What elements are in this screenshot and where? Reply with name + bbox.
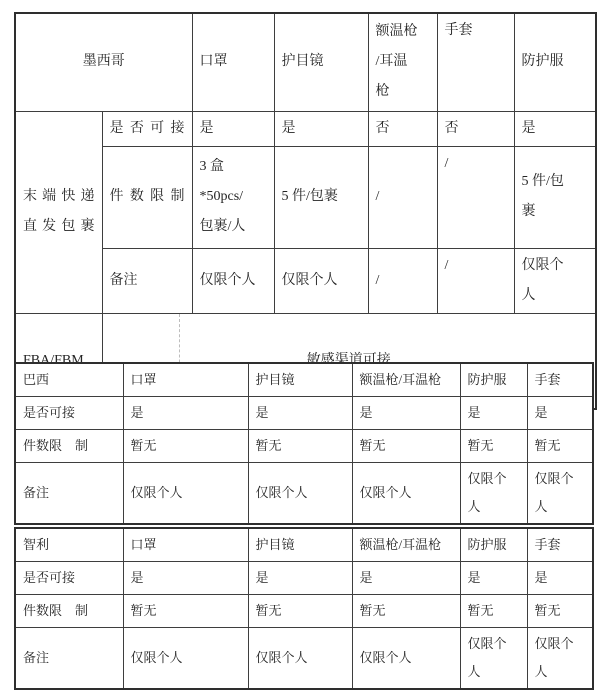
brazil-col-header-goggles: 护目镜 — [248, 363, 352, 397]
chile-limit-gloves: 暂无 — [527, 595, 593, 628]
mexico-col-header-gloves: 手套 — [437, 13, 514, 111]
mexico-group-label: 末端快递 直发包裹 — [15, 111, 102, 313]
chile-remark-goggles: 仅限个人 — [248, 628, 352, 690]
chile-limit-mask: 暂无 — [123, 595, 248, 628]
brazil-col-header-mask: 口罩 — [123, 363, 248, 397]
mexico-acceptance-suit: 是 — [514, 111, 596, 146]
brazil-limit-goggles: 暂无 — [248, 430, 352, 463]
chile-acceptance-goggles: 是 — [248, 562, 352, 595]
brazil-remark-goggles: 仅限个人 — [248, 463, 352, 525]
chile-limit-suit: 暂无 — [460, 595, 527, 628]
chile-acceptance-thermometer: 是 — [352, 562, 460, 595]
mexico-remark-suit: 仅限个 人 — [514, 248, 596, 313]
chile-acceptance-gloves: 是 — [527, 562, 593, 595]
brazil-remark-row: 备注 仅限个人 仅限个人 仅限个人 仅限个 人 仅限个 人 — [15, 463, 593, 525]
chile-limit-goggles: 暂无 — [248, 595, 352, 628]
chile-remark-gloves: 仅限个 人 — [527, 628, 593, 690]
chile-row-label-limit: 件数限 制 — [15, 595, 123, 628]
chile-remark-mask: 仅限个人 — [123, 628, 248, 690]
chile-limit-thermometer: 暂无 — [352, 595, 460, 628]
brazil-col-header-suit: 防护服 — [460, 363, 527, 397]
mexico-remark-thermometer: / — [368, 248, 437, 313]
chile-acceptance-row: 是否可接 是 是 是 是 是 — [15, 562, 593, 595]
chile-row-label-acceptance: 是否可接 — [15, 562, 123, 595]
brazil-header-row: 巴西 口罩 护目镜 额温枪/耳温枪 防护服 手套 — [15, 363, 593, 397]
mexico-remark-row: 备注 仅限个人 仅限个人 / / 仅限个 人 — [15, 248, 596, 313]
brazil-col-header-thermometer: 额温枪/耳温枪 — [352, 363, 460, 397]
mexico-remark-gloves: / — [437, 248, 514, 313]
chile-col-header-goggles: 护目镜 — [248, 528, 352, 562]
chile-acceptance-suit: 是 — [460, 562, 527, 595]
chile-remark-suit: 仅限个 人 — [460, 628, 527, 690]
mexico-col-header-thermometer: 额温枪 /耳温 枪 — [368, 13, 437, 111]
brazil-remark-gloves: 仅限个 人 — [527, 463, 593, 525]
chile-limit-row: 件数限 制 暂无 暂无 暂无 暂无 暂无 — [15, 595, 593, 628]
mexico-header-row: 墨西哥 口罩 护目镜 额温枪 /耳温 枪 手套 防护服 — [15, 13, 596, 111]
document-page: { "mexico": { "country": "墨西哥", "columns… — [0, 0, 607, 687]
chile-col-header-suit: 防护服 — [460, 528, 527, 562]
brazil-acceptance-row: 是否可接 是 是 是 是 是 — [15, 397, 593, 430]
brazil-limit-gloves: 暂无 — [527, 430, 593, 463]
mexico-row-label-remark: 备注 — [102, 248, 192, 313]
mexico-limit-suit: 5 件/包 裹 — [514, 146, 596, 248]
brazil-col-header-gloves: 手套 — [527, 363, 593, 397]
brazil-remark-suit: 仅限个 人 — [460, 463, 527, 525]
mexico-col-header-suit: 防护服 — [514, 13, 596, 111]
chile-country-header: 智利 — [15, 528, 123, 562]
mexico-limit-gloves: / — [437, 146, 514, 248]
mexico-country-header: 墨西哥 — [15, 13, 192, 111]
mexico-acceptance-gloves: 否 — [437, 111, 514, 146]
mexico-limit-goggles: 5 件/包裹 — [274, 146, 368, 248]
chile-col-header-mask: 口罩 — [123, 528, 248, 562]
mexico-col-header-mask: 口罩 — [192, 13, 274, 111]
brazil-limit-mask: 暂无 — [123, 430, 248, 463]
mexico-table: 墨西哥 口罩 护目镜 额温枪 /耳温 枪 手套 防护服 末端快递 直发包裹 是否… — [14, 12, 597, 410]
chile-header-row: 智利 口罩 护目镜 额温枪/耳温枪 防护服 手套 — [15, 528, 593, 562]
brazil-acceptance-mask: 是 — [123, 397, 248, 430]
mexico-row-label-limit: 件数限制 — [102, 146, 192, 248]
brazil-remark-thermometer: 仅限个人 — [352, 463, 460, 525]
chile-acceptance-mask: 是 — [123, 562, 248, 595]
brazil-acceptance-suit: 是 — [460, 397, 527, 430]
brazil-acceptance-gloves: 是 — [527, 397, 593, 430]
mexico-limit-mask: 3 盒 *50pcs/ 包裹/人 — [192, 146, 274, 248]
chile-remark-thermometer: 仅限个人 — [352, 628, 460, 690]
brazil-row-label-limit: 件数限 制 — [15, 430, 123, 463]
brazil-acceptance-thermometer: 是 — [352, 397, 460, 430]
mexico-limit-row: 件数限制 3 盒 *50pcs/ 包裹/人 5 件/包裹 / / 5 件/包 裹 — [15, 146, 596, 248]
mexico-acceptance-row: 末端快递 直发包裹 是否可接 是 是 否 否 是 — [15, 111, 596, 146]
mexico-acceptance-mask: 是 — [192, 111, 274, 146]
mexico-row-label-acceptance: 是否可接 — [102, 111, 192, 146]
brazil-country-header: 巴西 — [15, 363, 123, 397]
brazil-limit-thermometer: 暂无 — [352, 430, 460, 463]
brazil-row-label-acceptance: 是否可接 — [15, 397, 123, 430]
mexico-col-header-goggles: 护目镜 — [274, 13, 368, 111]
chile-remark-row: 备注 仅限个人 仅限个人 仅限个人 仅限个 人 仅限个 人 — [15, 628, 593, 690]
mexico-remark-mask: 仅限个人 — [192, 248, 274, 313]
chile-col-header-gloves: 手套 — [527, 528, 593, 562]
brazil-table: 巴西 口罩 护目镜 额温枪/耳温枪 防护服 手套 是否可接 是 是 是 是 是 … — [14, 362, 594, 525]
mexico-remark-goggles: 仅限个人 — [274, 248, 368, 313]
mexico-acceptance-thermometer: 否 — [368, 111, 437, 146]
brazil-row-label-remark: 备注 — [15, 463, 123, 525]
brazil-acceptance-goggles: 是 — [248, 397, 352, 430]
brazil-remark-mask: 仅限个人 — [123, 463, 248, 525]
chile-table: 智利 口罩 护目镜 额温枪/耳温枪 防护服 手套 是否可接 是 是 是 是 是 … — [14, 527, 594, 690]
mexico-limit-thermometer: / — [368, 146, 437, 248]
brazil-limit-row: 件数限 制 暂无 暂无 暂无 暂无 暂无 — [15, 430, 593, 463]
chile-col-header-thermometer: 额温枪/耳温枪 — [352, 528, 460, 562]
mexico-acceptance-goggles: 是 — [274, 111, 368, 146]
brazil-limit-suit: 暂无 — [460, 430, 527, 463]
chile-row-label-remark: 备注 — [15, 628, 123, 690]
